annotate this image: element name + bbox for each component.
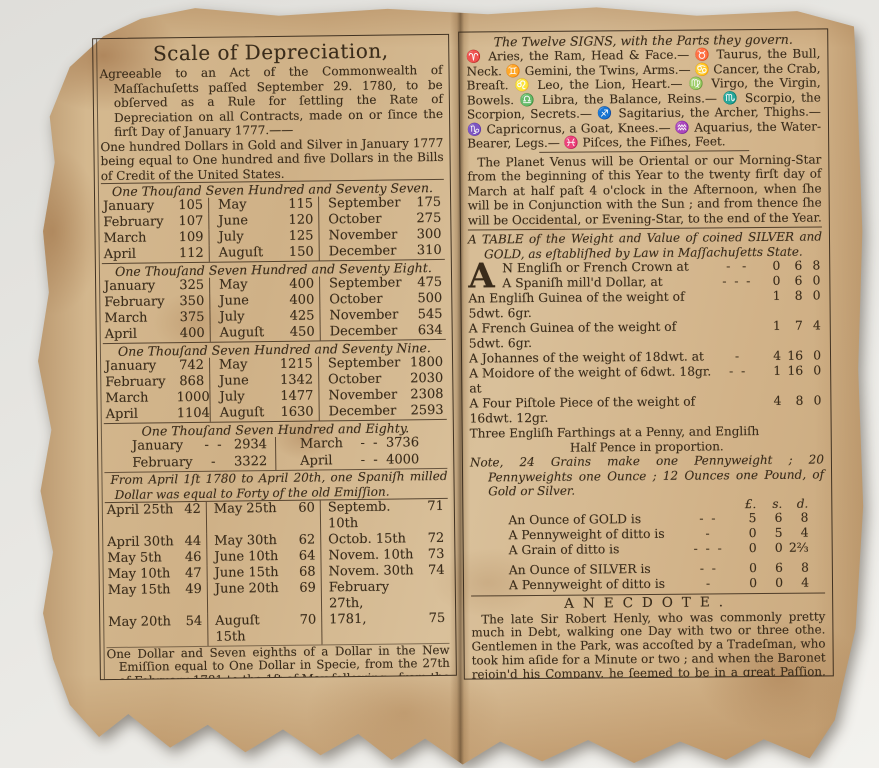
table-cell: June: [210, 373, 276, 390]
table-cell: - -: [714, 259, 758, 274]
table-cell: 8: [802, 258, 822, 273]
grains-note: Note, 24 Grains make one Pennyweight ; 2…: [470, 452, 824, 499]
table-cell: 0: [802, 273, 822, 288]
pence-symbol: d.: [782, 496, 808, 510]
table-cell: 42: [177, 502, 207, 534]
table-cell: 2030: [410, 371, 446, 387]
table-cell: April: [103, 326, 177, 343]
table-cell: November: [319, 387, 410, 404]
depreciation-table-1779: January742May1215September1800February86…: [103, 355, 447, 423]
table-cell: May 20th: [106, 614, 178, 647]
table-cell: - -: [196, 438, 230, 455]
depreciation-table-1780: January- -2934March- -3736February-3322A…: [104, 435, 447, 472]
table-cell: 6: [780, 259, 802, 274]
table-cell: 7: [781, 319, 803, 349]
shillings-symbol: s.: [756, 496, 782, 510]
table-cell: 1000: [177, 390, 211, 406]
table-cell: 1630: [276, 404, 320, 421]
table-cell: An Ounce of GOLD is: [508, 511, 684, 528]
table-cell: March: [103, 390, 176, 407]
table-cell: Auguſt: [210, 245, 276, 262]
table-cell: April 30th: [105, 534, 177, 551]
new-emission-table: April 25th42May 25th60Septemb. 10th71Apr…: [105, 498, 450, 647]
table-cell: June 15th: [208, 565, 292, 582]
spanish-dollar-note: From April 1ſt 1780 to April 20th, one S…: [104, 468, 447, 502]
table-cell: 2308: [410, 387, 446, 403]
table-cell: [714, 289, 758, 319]
silver-values-table: An Ounce of SILVER is- -068A Pennyweight…: [509, 560, 809, 593]
table-cell: April 25th: [105, 502, 177, 535]
table-cell: May 10th: [106, 566, 178, 583]
table-cell: 120: [275, 212, 319, 229]
right-page: The Twelve SIGNS, with the Parts they go…: [458, 28, 834, 679]
photo-backdrop: Scale of Depreciation, Agreeable to an A…: [0, 0, 879, 768]
table-cell: 69: [292, 580, 322, 612]
table-cell: January: [101, 198, 175, 215]
table-cell: 16: [781, 364, 803, 394]
table-cell: 125: [275, 228, 319, 245]
table-cell: 47: [178, 566, 208, 582]
left-page: Scale of Depreciation, Agreeable to an A…: [92, 34, 457, 680]
anecdote-paragraph: The late Sir Robert Henly, who was commo…: [471, 610, 826, 680]
table-cell: October: [320, 291, 412, 308]
table-cell: June 10th: [207, 549, 291, 566]
table-cell: 868: [176, 374, 210, 390]
table-cell: June 20th: [208, 581, 292, 614]
depreciation-table-1777: January105May115September175February107J…: [101, 195, 445, 263]
table-cell: - - -: [685, 541, 731, 556]
table-cell: 4: [759, 349, 781, 364]
table-cell: Novem. 30th: [322, 563, 424, 580]
table-cell: 109: [175, 230, 209, 246]
table-cell: 350: [176, 294, 210, 310]
table-cell: 68: [292, 564, 322, 580]
table-cell: Auguſt 15th: [208, 613, 292, 646]
table-cell: 634: [413, 323, 446, 339]
table-cell: 8: [783, 560, 809, 575]
table-row: A Pennyweight of ditto is-004: [509, 575, 809, 593]
table-cell: -: [685, 576, 731, 591]
table-cell: A Pennyweight of ditto is: [509, 526, 685, 543]
table-cell: 1104: [177, 406, 211, 422]
table-cell: 71: [423, 499, 448, 531]
table-cell: 72: [423, 531, 448, 547]
table-cell: 60: [291, 500, 321, 532]
table-row: May 20th54Auguſt 15th701781,75: [106, 611, 449, 647]
table-cell: 375: [176, 310, 210, 326]
table-cell: - -: [352, 436, 386, 453]
table-cell: - -: [684, 511, 730, 526]
table-cell: 105: [175, 198, 209, 214]
depreciation-table-1778: January325May400September475February350J…: [102, 275, 446, 343]
table-cell: 1215: [275, 356, 319, 373]
table-cell: 150: [276, 244, 320, 261]
table-cell: September: [319, 195, 411, 212]
table-cell: Auguſt: [211, 325, 277, 342]
table-cell: February 27th,: [322, 579, 424, 612]
table-cell: 6: [780, 274, 802, 289]
table-cell: 1: [758, 289, 780, 319]
table-cell: September: [319, 355, 410, 372]
table-cell: 2934: [230, 437, 276, 454]
table-row: April 25th42May 25th60Septemb. 10th71: [105, 499, 448, 535]
table-cell: [715, 394, 759, 424]
table-cell: February: [104, 454, 196, 472]
table-cell: 450: [277, 324, 321, 341]
table-cell: 300: [411, 227, 444, 243]
table-cell: May: [210, 357, 276, 374]
table-cell: 0: [758, 259, 780, 274]
table-cell: 1781,: [322, 611, 424, 644]
table-cell: 5: [757, 525, 783, 540]
table-cell: March: [102, 310, 176, 327]
table-cell: 0: [757, 575, 783, 590]
table-cell: 3736: [386, 435, 447, 452]
table-cell: June: [209, 213, 275, 230]
table-row: A French Guinea of the weight of 5dwt. 6…: [469, 318, 823, 351]
table-cell: March: [276, 436, 352, 453]
gold-values-table: An Ounce of GOLD is- -568A Pennyweight o…: [508, 510, 808, 558]
table-cell: 75: [424, 611, 449, 643]
coin-table-title: A TABLE of the Weight and Value of coine…: [468, 226, 822, 261]
table-cell: 1477: [276, 388, 320, 405]
table-cell: 0: [802, 288, 822, 318]
table-cell: January: [103, 358, 176, 375]
table-cell: February: [102, 294, 176, 311]
table-cell: 742: [176, 358, 210, 374]
table-cell: February: [101, 214, 175, 231]
table-cell: January: [104, 438, 196, 456]
table-cell: November: [319, 227, 411, 244]
table-cell: December: [320, 243, 412, 260]
table-cell: 4: [783, 525, 809, 540]
table-cell: 107: [175, 214, 209, 230]
table-cell: July: [211, 389, 276, 406]
table-cell: 46: [177, 550, 207, 566]
table-cell: 175: [411, 195, 444, 211]
coin-value-table: N Engliſh or French Crown at- -068A Span…: [468, 258, 823, 426]
table-cell: 8: [782, 510, 808, 525]
table-cell: 0: [731, 541, 757, 556]
table-cell: April: [104, 406, 177, 423]
table-cell: 0: [731, 561, 757, 576]
table-cell: 545: [412, 307, 445, 323]
table-cell: 112: [176, 246, 210, 262]
table-cell: 5: [730, 511, 756, 526]
table-cell: 1800: [410, 355, 446, 371]
table-cell: 16: [781, 349, 803, 364]
table-cell: 74: [424, 563, 449, 579]
table-cell: 425: [276, 308, 320, 325]
table-cell: 8: [780, 289, 802, 319]
table-row: An Engliſh Guinea of the weight of 5dwt.…: [468, 288, 822, 321]
table-cell: - -: [685, 561, 731, 576]
table-row: A Grain of ditto is- - -002⅔: [509, 540, 809, 558]
table-cell: 0: [757, 540, 783, 555]
table-cell: - -: [352, 452, 386, 469]
table-cell: A Pennyweight of ditto is: [509, 576, 685, 593]
table-cell: 6: [756, 510, 782, 525]
table-cell: -: [196, 454, 230, 471]
table-row: A Four Piſtole Piece of the weight of 16…: [469, 393, 823, 426]
table-cell: 4: [803, 318, 823, 348]
table-cell: 400: [276, 276, 320, 293]
table-cell: 8: [781, 394, 803, 424]
table-cell: Octob. 15th: [321, 531, 423, 548]
table-cell: A Four Piſtole Piece of the weight of 16…: [469, 394, 715, 426]
table-cell: 0: [803, 393, 823, 423]
table-cell: February: [103, 374, 176, 391]
table-cell: 500: [412, 291, 445, 307]
table-cell: 115: [275, 196, 319, 213]
table-cell: [715, 319, 759, 349]
table-cell: A French Guinea of the weight of 5dwt. 6…: [469, 319, 715, 351]
table-cell: -: [715, 349, 759, 364]
intro-paragraph: Agreeable to an Act of the Commonwealth …: [99, 63, 443, 140]
table-cell: July: [210, 309, 276, 326]
table-cell: 0: [731, 526, 757, 541]
table-cell: 2593: [410, 403, 446, 419]
table-cell: 310: [412, 243, 445, 259]
table-cell: October: [319, 211, 411, 228]
table-cell: May 25th: [207, 501, 291, 534]
gold-silver-note: One hundred Dollars in Gold and Silver i…: [100, 135, 444, 183]
table-cell: May: [210, 277, 276, 294]
coin-value-section: A N Engliſh or French Crown at- -068A Sp…: [468, 258, 823, 426]
table-cell: -: [685, 526, 731, 541]
table-cell: 73: [423, 547, 448, 563]
table-cell: 1342: [275, 372, 319, 389]
twelve-signs-body: ♈ Aries, the Ram, Head & Face.— ♉ Taurus…: [466, 46, 821, 151]
table-cell: 400: [177, 326, 211, 342]
table-cell: - - -: [714, 274, 758, 289]
table-cell: An Engliſh Guinea of the weight of 5dwt.…: [468, 289, 714, 321]
table-cell: 1: [759, 319, 781, 349]
table-cell: 4: [783, 575, 809, 590]
table-cell: December: [321, 323, 413, 340]
table-cell: [424, 579, 449, 611]
table-cell: 0: [758, 274, 780, 289]
table-cell: Septemb. 10th: [321, 499, 423, 532]
table-cell: 0: [731, 576, 757, 591]
table-cell: A Moidore of the weight of 6dwt. 18gr. a…: [469, 364, 715, 396]
table-cell: December: [320, 403, 411, 420]
table-cell: November: [320, 307, 412, 324]
table-cell: 49: [178, 582, 208, 614]
table-cell: January: [102, 278, 176, 295]
table-row: May 15th49June 20th69February 27th,: [106, 579, 449, 615]
table-cell: May: [209, 197, 275, 214]
table-cell: - -: [715, 364, 759, 394]
venus-paragraph: The Planet Venus will be Oriental or our…: [467, 152, 822, 228]
table-cell: An Ounce of SILVER is: [509, 561, 685, 578]
table-cell: 62: [291, 532, 321, 548]
table-cell: 0: [803, 348, 823, 363]
table-cell: 400: [276, 292, 320, 309]
table-cell: 325: [176, 278, 210, 294]
pounds-symbol: £.: [730, 497, 756, 511]
table-cell: Auguſt: [211, 405, 276, 422]
table-cell: May 15th: [106, 582, 178, 615]
table-cell: September: [320, 275, 412, 292]
table-cell: 475: [412, 275, 445, 291]
table-cell: 1: [759, 364, 781, 394]
drop-cap-letter: A: [468, 261, 495, 292]
table-cell: 275: [411, 211, 444, 227]
table-cell: 3322: [230, 453, 276, 470]
table-cell: June: [210, 293, 276, 310]
table-cell: April: [276, 453, 352, 470]
table-cell: March: [101, 230, 175, 247]
table-cell: 0: [803, 363, 823, 393]
table-cell: July: [209, 229, 275, 246]
table-row: A Moidore of the weight of 6dwt. 18gr. a…: [469, 363, 823, 396]
table-cell: 64: [291, 548, 321, 564]
table-cell: April: [102, 246, 176, 263]
table-cell: A Grain of ditto is: [509, 541, 685, 558]
table-cell: 2⅔: [783, 540, 809, 555]
table-cell: October: [319, 371, 410, 388]
table-cell: 4000: [386, 451, 447, 468]
table-cell: Novem. 10th: [321, 547, 423, 564]
lsd-values-block: £. s. d. An Ounce of GOLD is- -568A Penn…: [508, 496, 809, 593]
table-cell: May 30th: [207, 533, 291, 550]
table-cell: 4: [759, 394, 781, 424]
table-cell: 54: [178, 614, 208, 646]
table-cell: 6: [757, 560, 783, 575]
table-cell: 44: [177, 534, 207, 550]
new-emission-paragraph: One Dollar and Seven eighths of a Dollar…: [107, 643, 451, 680]
table-cell: 70: [292, 612, 322, 644]
table-cell: May 5th: [105, 550, 177, 567]
